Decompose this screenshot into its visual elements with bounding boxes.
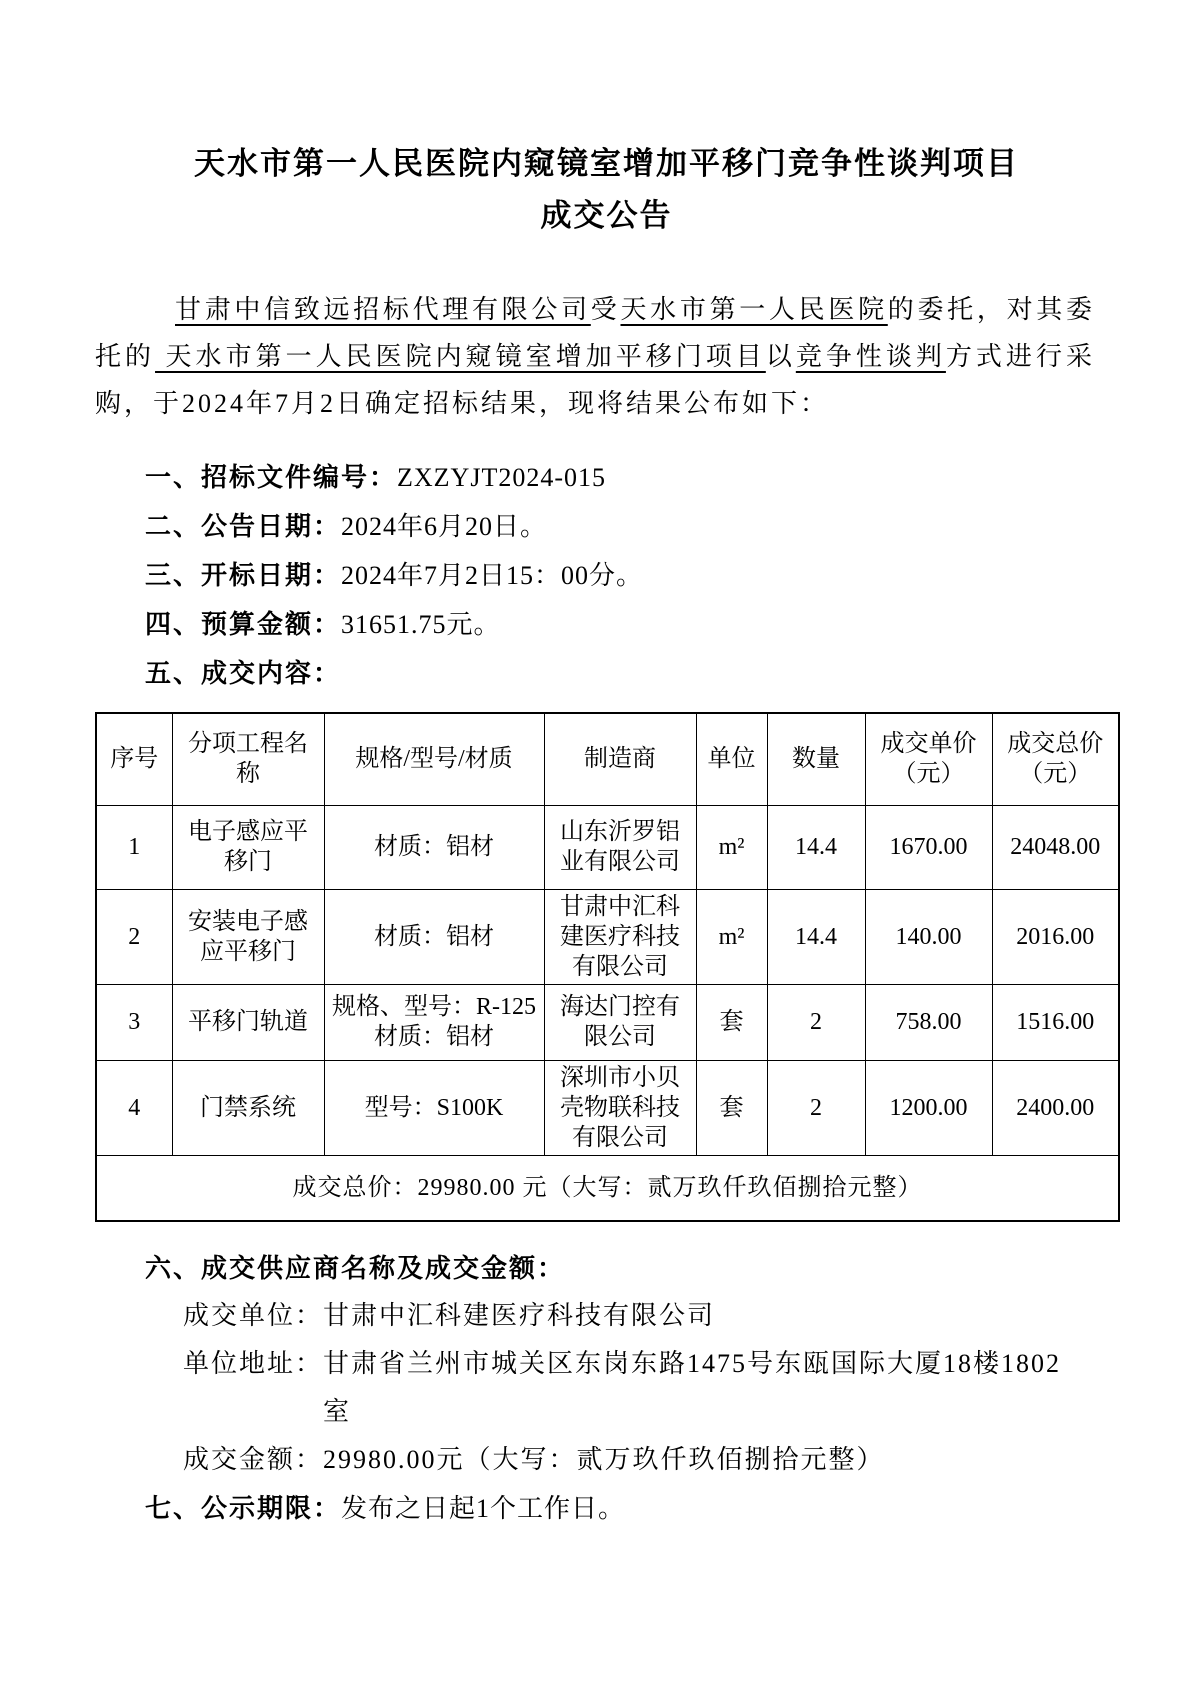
deal-table: 序号 分项工程名称 规格/型号/材质 制造商 单位 数量 成交单价（元） 成交总… xyxy=(95,712,1120,1222)
cell-spec: 材质：铝材 xyxy=(324,805,544,889)
cell-unit-price: 1670.00 xyxy=(865,805,992,889)
item-value: ZXZYJT2024-015 xyxy=(397,463,606,492)
intro-text: 受 xyxy=(591,295,621,324)
supplier-section-heading: 六、成交供应商名称及成交金额： xyxy=(145,1244,1123,1292)
cell-total-price: 1516.00 xyxy=(992,984,1119,1060)
supplier-unit-line: 成交单位： 甘肃中汇科建医疗科技有限公司 xyxy=(183,1292,1123,1340)
intro-paragraph: 甘肃中信致远招标代理有限公司受天水市第一人民医院的委托，对其委托的 天水市第一人… xyxy=(95,286,1095,427)
supplier-unit-label: 成交单位： xyxy=(183,1292,323,1340)
cell-total-price: 2400.00 xyxy=(992,1060,1119,1155)
cell-spec: 规格、型号：R-125 材质：铝材 xyxy=(324,984,544,1060)
cell-manufacturer: 甘肃中汇科建医疗科技有限公司 xyxy=(544,889,696,984)
item-label: 五、成交内容： xyxy=(145,658,341,688)
item-tender-doc-number: 一、招标文件编号：ZXZYJT2024-015 xyxy=(145,453,1123,502)
table-header-row: 序号 分项工程名称 规格/型号/材质 制造商 单位 数量 成交单价（元） 成交总… xyxy=(96,713,1119,805)
item-value: 31651.75元。 xyxy=(341,610,501,639)
item-value: 2024年7月2日15：00分。 xyxy=(341,561,643,590)
item-value: 2024年6月20日。 xyxy=(341,512,547,541)
procurement-method: 竞争性谈判 xyxy=(796,342,946,371)
project-name: 天水市第一人民医院内窥镜室增加平移门项目 xyxy=(155,342,766,371)
cell-unit-price: 1200.00 xyxy=(865,1060,992,1155)
cell-seq: 2 xyxy=(96,889,172,984)
cell-unit: m² xyxy=(696,889,767,984)
cell-quantity: 14.4 xyxy=(767,805,865,889)
item-deal-content: 五、成交内容： xyxy=(145,649,1123,698)
cell-total-price: 2016.00 xyxy=(992,889,1119,984)
hospital-name: 天水市第一人民医院 xyxy=(620,295,887,324)
header-item-name: 分项工程名称 xyxy=(172,713,324,805)
publicity-period-line: 七、公示期限：发布之日起1个工作日。 xyxy=(145,1484,1123,1533)
cell-unit: 套 xyxy=(696,984,767,1060)
item-label: 四、预算金额： xyxy=(145,609,341,639)
cell-unit: m² xyxy=(696,805,767,889)
agency-name: 甘肃中信致远招标代理有限公司 xyxy=(175,295,591,324)
supplier-section: 六、成交供应商名称及成交金额： 成交单位： 甘肃中汇科建医疗科技有限公司 单位地… xyxy=(145,1244,1123,1484)
table-row: 3 平移门轨道 规格、型号：R-125 材质：铝材 海达门控有限公司 套 2 7… xyxy=(96,984,1119,1060)
publicity-period-value: 发布之日起1个工作日。 xyxy=(341,1494,625,1523)
cell-spec: 材质：铝材 xyxy=(324,889,544,984)
cell-item-name: 电子感应平移门 xyxy=(172,805,324,889)
supplier-address-line: 单位地址： 甘肃省兰州市城关区东岗东路1475号东瓯国际大厦18楼1802室 xyxy=(183,1340,1123,1436)
header-unit: 单位 xyxy=(696,713,767,805)
header-manufacturer: 制造商 xyxy=(544,713,696,805)
cell-manufacturer: 山东沂罗铝业有限公司 xyxy=(544,805,696,889)
cell-item-name: 门禁系统 xyxy=(172,1060,324,1155)
cell-manufacturer: 海达门控有限公司 xyxy=(544,984,696,1060)
item-label: 一、招标文件编号： xyxy=(145,462,397,492)
supplier-amount-label: 成交金额： xyxy=(183,1436,323,1484)
cell-seq: 1 xyxy=(96,805,172,889)
item-announcement-date: 二、公告日期：2024年6月20日。 xyxy=(145,502,1123,551)
cell-unit-price: 140.00 xyxy=(865,889,992,984)
table-total-row: 成交总价：29980.00 元（大写：贰万玖仟玖佰捌拾元整） xyxy=(96,1155,1119,1221)
header-unit-price: 成交单价（元） xyxy=(865,713,992,805)
cell-spec: 型号：S100K xyxy=(324,1060,544,1155)
cell-quantity: 2 xyxy=(767,984,865,1060)
cell-quantity: 14.4 xyxy=(767,889,865,984)
publicity-period-label: 七、公示期限： xyxy=(145,1493,341,1523)
item-label: 二、公告日期： xyxy=(145,511,341,541)
supplier-unit-value: 甘肃中汇科建医疗科技有限公司 xyxy=(323,1292,715,1340)
table-row: 4 门禁系统 型号：S100K 深圳市小贝壳物联科技有限公司 套 2 1200.… xyxy=(96,1060,1119,1155)
title-line-1: 天水市第一人民医院内窥镜室增加平移门竞争性谈判项目 xyxy=(95,138,1118,190)
cell-manufacturer: 深圳市小贝壳物联科技有限公司 xyxy=(544,1060,696,1155)
cell-item-name: 平移门轨道 xyxy=(172,984,324,1060)
cell-unit-price: 758.00 xyxy=(865,984,992,1060)
document-title: 天水市第一人民医院内窥镜室增加平移门竞争性谈判项目 成交公告 xyxy=(95,138,1118,242)
header-seq: 序号 xyxy=(96,713,172,805)
cell-seq: 4 xyxy=(96,1060,172,1155)
header-total-price: 成交总价（元） xyxy=(992,713,1119,805)
cell-seq: 3 xyxy=(96,984,172,1060)
document-page: 天水市第一人民医院内窥镜室增加平移门竞争性谈判项目 成交公告 甘肃中信致远招标代… xyxy=(0,0,1191,1684)
cell-unit: 套 xyxy=(696,1060,767,1155)
supplier-amount-line: 成交金额： 29980.00元（大写：贰万玖仟玖佰捌拾元整） xyxy=(183,1436,1123,1484)
title-line-2: 成交公告 xyxy=(95,190,1118,242)
cell-item-name: 安装电子感应平移门 xyxy=(172,889,324,984)
header-spec: 规格/型号/材质 xyxy=(324,713,544,805)
cell-quantity: 2 xyxy=(767,1060,865,1155)
supplier-address-value: 甘肃省兰州市城关区东岗东路1475号东瓯国际大厦18楼1802室 xyxy=(323,1340,1068,1436)
intro-text: 以 xyxy=(766,342,796,371)
total-price-summary: 成交总价：29980.00 元（大写：贰万玖仟玖佰捌拾元整） xyxy=(96,1155,1119,1221)
supplier-amount-value: 29980.00元（大写：贰万玖仟玖佰捌拾元整） xyxy=(323,1436,885,1484)
cell-total-price: 24048.00 xyxy=(992,805,1119,889)
header-quantity: 数量 xyxy=(767,713,865,805)
supplier-address-label: 单位地址： xyxy=(183,1340,323,1388)
item-budget-amount: 四、预算金额：31651.75元。 xyxy=(145,600,1123,649)
item-label: 三、开标日期： xyxy=(145,560,341,590)
table-row: 2 安装电子感应平移门 材质：铝材 甘肃中汇科建医疗科技有限公司 m² 14.4… xyxy=(96,889,1119,984)
numbered-items: 一、招标文件编号：ZXZYJT2024-015 二、公告日期：2024年6月20… xyxy=(145,453,1123,698)
table-row: 1 电子感应平移门 材质：铝材 山东沂罗铝业有限公司 m² 14.4 1670.… xyxy=(96,805,1119,889)
item-bid-opening-date: 三、开标日期：2024年7月2日15：00分。 xyxy=(145,551,1123,600)
